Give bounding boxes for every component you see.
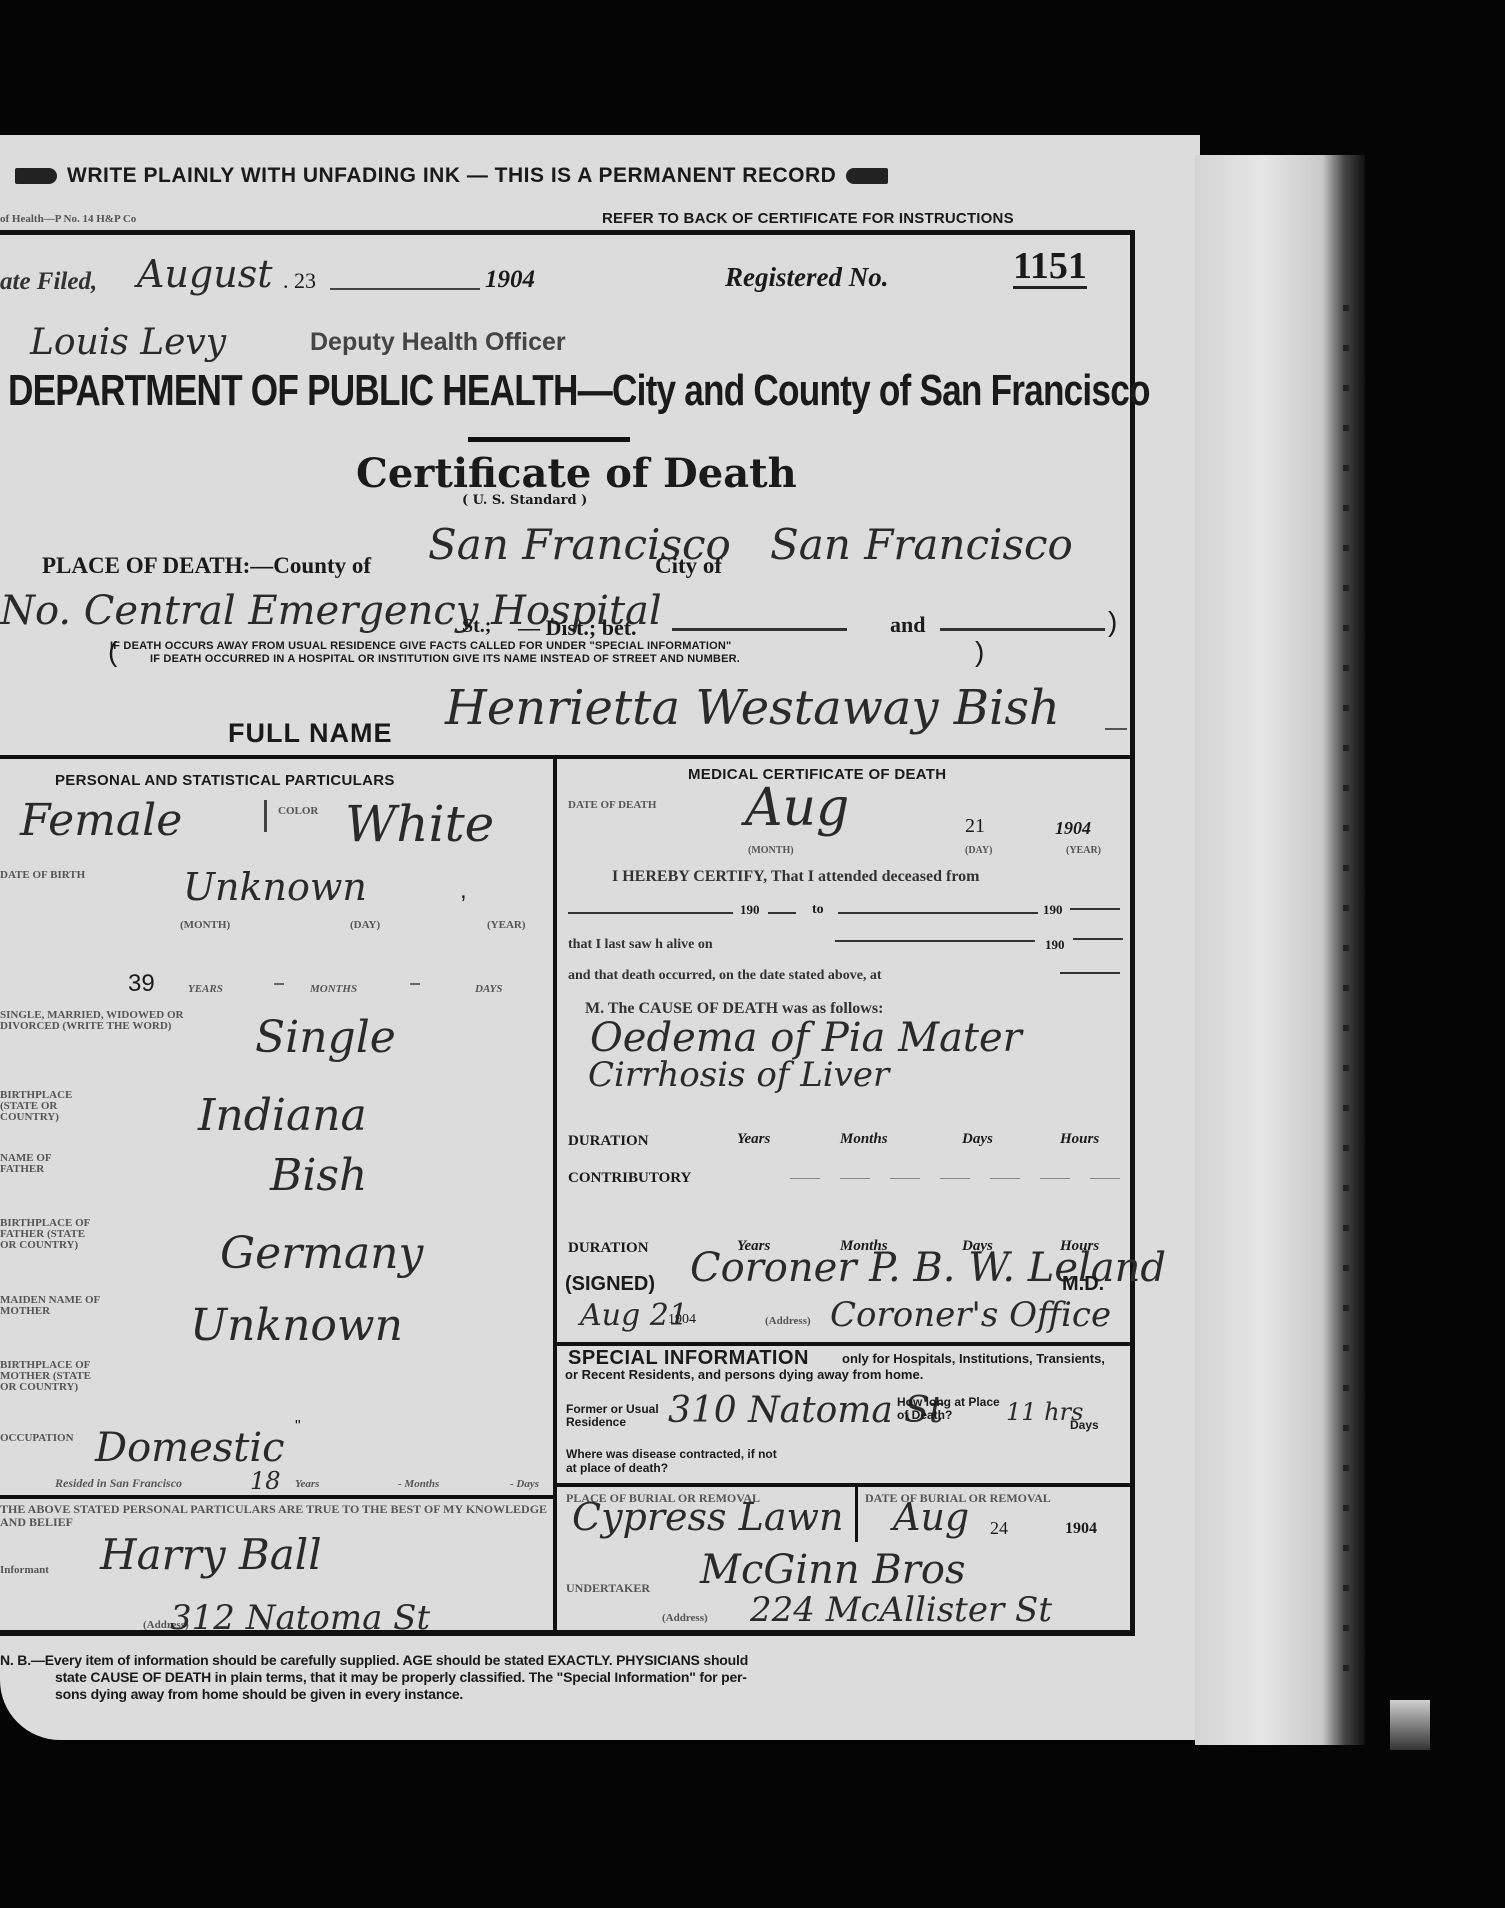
date-filed-year: 1904 <box>485 266 535 294</box>
duration-years-label: Years <box>737 1131 770 1148</box>
date-filed-line <box>330 288 480 290</box>
father-name-label: NAME OF FATHER <box>0 1153 80 1175</box>
footnote-line: state CAUSE OF DEATH in plain terms, tha… <box>0 1669 1110 1686</box>
duration-hours-label: Hours <box>1060 1131 1099 1148</box>
age-years-label: Years <box>188 984 223 995</box>
contributory-label: CONTRIBUTORY <box>568 1170 691 1187</box>
resided-days-label: - Days <box>510 1479 539 1490</box>
signer-address-label: (Address) <box>765 1316 811 1327</box>
year-prefix: 190 <box>1045 937 1065 953</box>
full-name-label: FULL NAME <box>228 718 393 749</box>
color-value: White <box>345 795 494 853</box>
dob-day-label: (Day) <box>350 920 380 931</box>
age-years-value: 39 <box>128 970 155 998</box>
full-name-line <box>1105 728 1127 730</box>
personal-heading: PERSONAL AND STATISTICAL PARTICULARS <box>55 772 395 789</box>
blank-line <box>838 912 1038 914</box>
signed-label: (SIGNED) <box>565 1273 655 1296</box>
how-long-label: How long at Place of Death? <box>897 1396 1007 1422</box>
footnote-line: N. B.—Every item of information should b… <box>0 1652 1110 1669</box>
burial-day-value: 24 <box>990 1518 1008 1539</box>
department-title: DEPARTMENT OF PUBLIC HEALTH—City and Cou… <box>8 366 1150 416</box>
paren: ) <box>975 636 984 668</box>
title-rule <box>468 437 630 442</box>
sex-value: Female <box>20 795 182 846</box>
blank-line <box>1060 972 1120 974</box>
death-month-label: (Month) <box>748 845 794 856</box>
column-divider <box>553 757 557 1632</box>
former-residence-label: Former or Usual Residence <box>566 1403 666 1429</box>
death-day-value: 21 <box>965 815 985 838</box>
mother-name-value: Unknown <box>190 1300 403 1351</box>
footnote-line: sons dying away from home should be give… <box>0 1686 1110 1703</box>
blank-line <box>835 940 1035 942</box>
year-prefix: 190 <box>740 902 760 918</box>
district-line <box>940 628 1105 631</box>
place-note-2: IF DEATH OCCURRED IN A HOSPITAL OR INSTI… <box>150 653 740 665</box>
certify-text: I HEREBY CERTIFY, That I attended deceas… <box>612 868 979 886</box>
special-divider <box>557 1342 1130 1346</box>
dob-month-label: (Month) <box>180 920 230 931</box>
death-year-value: 1904 <box>1055 818 1091 839</box>
signer-address-value: Coroner's Office <box>830 1295 1111 1335</box>
age-dash <box>410 983 420 985</box>
blank-line <box>1070 908 1120 910</box>
marital-value: Single <box>255 1012 396 1063</box>
refer-note: REFER TO BACK OF CERTIFICATE FOR INSTRUC… <box>602 210 1014 227</box>
and-label: and <box>890 612 925 638</box>
death-year-label: (Year) <box>1066 845 1101 856</box>
age-dash <box>274 983 284 985</box>
duration-label: DURATION <box>568 1240 649 1257</box>
resided-years-value: 18 <box>250 1467 281 1495</box>
city-value: San Francisco <box>770 520 1073 569</box>
banner-text: WRITE PLAINLY WITH UNFADING INK — THIS I… <box>67 164 836 187</box>
mother-birthplace-value: " <box>295 1418 301 1436</box>
resided-label: Resided in San Francisco <box>55 1478 182 1489</box>
informant-value: Harry Ball <box>100 1530 322 1579</box>
dob-label: DATE OF BIRTH <box>0 870 85 881</box>
certificate-title: Certificate of Death <box>356 450 797 497</box>
father-name-value: Bish <box>270 1150 367 1201</box>
officer-title: Deputy Health Officer <box>310 328 566 357</box>
to-label: to <box>812 902 824 918</box>
informant-certification: THE ABOVE STATED PERSONAL PARTICULARS AR… <box>0 1503 550 1529</box>
contracted-label: Where was disease contracted, if not at … <box>566 1447 786 1475</box>
death-day-label: (Day) <box>965 845 992 856</box>
city-label: City of <box>655 553 722 579</box>
registered-number: 1151 <box>1013 246 1087 289</box>
death-month-value: Aug <box>745 778 849 838</box>
section-divider <box>0 755 1130 759</box>
blank-line <box>568 912 733 914</box>
burial-year-value: 1904 <box>1065 1520 1097 1538</box>
birthplace-value: Indiana <box>198 1090 367 1141</box>
mother-name-label: MAIDEN NAME OF MOTHER <box>0 1295 100 1317</box>
page-corner <box>1390 1700 1430 1750</box>
place-of-death-label: PLACE OF DEATH:—County of <box>42 553 371 579</box>
burial-column-divider <box>855 1487 858 1542</box>
undertaker-address-label: (Address) <box>662 1613 708 1624</box>
days-label: Days <box>1070 1418 1099 1432</box>
pointing-hand-icon <box>15 168 57 184</box>
informant-divider <box>0 1495 553 1499</box>
date-of-death-label: DATE OF DEATH <box>568 800 656 811</box>
street-label: St.; <box>462 615 491 638</box>
frame-top <box>0 230 1135 235</box>
birthplace-label: BIRTHPLACE (State or Country) <box>0 1090 110 1123</box>
color-label: COLOR <box>278 806 318 817</box>
undertaker-value: McGinn Bros <box>700 1547 965 1593</box>
year-prefix: 190 <box>1043 902 1063 918</box>
cause-secondary: Cirrhosis of Liver <box>588 1055 889 1095</box>
place-note-1: IF DEATH OCCURS AWAY FROM USUAL RESIDENC… <box>110 640 731 652</box>
duration-label: DURATION <box>568 1133 649 1150</box>
frame-right <box>1130 230 1135 1635</box>
special-info-subtitle: only for Hospitals, Institutions, Transi… <box>842 1351 1105 1366</box>
paren: ) <box>1108 606 1117 638</box>
marital-label: SINGLE, MARRIED, WIDOWED OR DIVORCED (Wr… <box>0 1010 200 1032</box>
age-days-label: Days <box>475 984 503 995</box>
burial-month-value: Aug <box>893 1495 969 1539</box>
blank-line <box>768 912 796 914</box>
district-label: — Dist.; bet. <box>518 615 637 641</box>
signed-year-value: 1904 <box>668 1312 696 1328</box>
blank-line <box>790 1178 1120 1179</box>
occupation-value: Domestic <box>95 1425 285 1471</box>
dob-separator: , <box>460 877 467 905</box>
full-name-value: Henrietta Westaway Bish <box>445 680 1060 736</box>
date-filed-month: August <box>137 252 273 296</box>
binding-holes <box>1343 305 1349 1705</box>
footnote: N. B.—Every item of information should b… <box>0 1652 1110 1703</box>
duration-months-label: Months <box>840 1131 888 1148</box>
age-months-label: Months <box>310 984 357 995</box>
occurred-text: and that death occurred, on the date sta… <box>568 968 882 984</box>
adjacent-page-edge <box>1195 155 1365 1745</box>
father-birthplace-value: Germany <box>220 1228 423 1279</box>
burial-place-value: Cypress Lawn <box>572 1495 844 1539</box>
form-id: of Health—P No. 14 H&P Co <box>0 213 136 225</box>
burial-divider <box>557 1483 1130 1487</box>
md-label: M.D. <box>1062 1273 1104 1296</box>
informant-address-value: 312 Natoma St <box>170 1598 430 1638</box>
duration-days-label: Days <box>962 1131 993 1148</box>
date-filed-label: ate Filed, <box>0 268 97 296</box>
district-line <box>672 628 847 631</box>
blank-line <box>1073 938 1123 940</box>
father-birthplace-label: BIRTHPLACE OF FATHER (State or Country) <box>0 1218 100 1251</box>
occupation-label: OCCUPATION <box>0 1433 74 1444</box>
mother-birthplace-label: BIRTHPLACE OF MOTHER (State or Country) <box>0 1360 100 1393</box>
dob-year-label: (Year) <box>487 920 526 931</box>
officer-signature: Louis Levy <box>30 322 226 363</box>
certificate-subtitle: ( U. S. Standard ) <box>462 493 587 508</box>
undertaker-address-value: 224 McAllister St <box>750 1590 1052 1630</box>
last-saw-text: that I last saw h alive on <box>568 937 713 953</box>
resided-months-label: - Months <box>398 1479 439 1490</box>
special-info-subtitle: or Recent Residents, and persons dying a… <box>565 1367 923 1382</box>
date-filed-day: . 23 <box>283 268 316 294</box>
banner: WRITE PLAINLY WITH UNFADING INK — THIS I… <box>15 164 888 188</box>
color-divider <box>264 800 267 832</box>
resided-years-label: Years <box>295 1479 319 1490</box>
informant-label: Informant <box>0 1565 49 1576</box>
registered-label: Registered No. <box>725 262 888 293</box>
pointing-hand-icon <box>846 168 888 184</box>
dob-value: Unknown <box>183 865 367 909</box>
undertaker-label: UNDERTAKER <box>566 1583 650 1594</box>
